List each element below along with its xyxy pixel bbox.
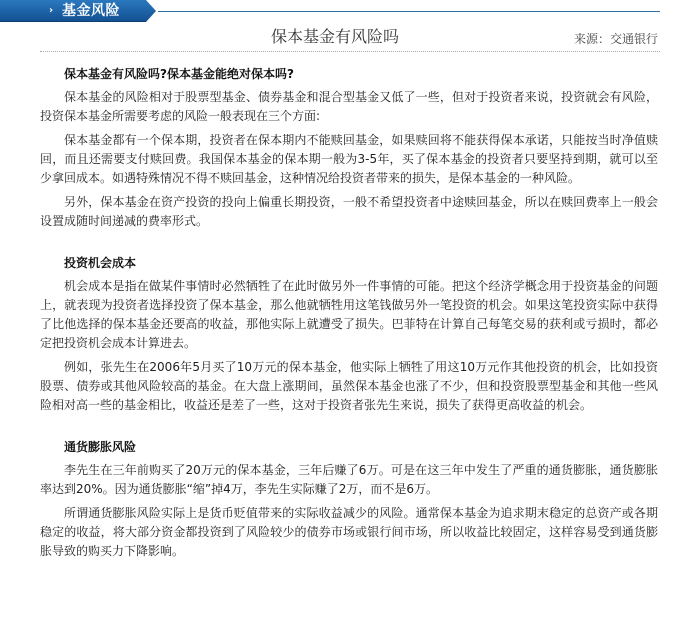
chevron-right-icon: › xyxy=(49,3,53,19)
section-label: 基金风险 xyxy=(62,2,120,20)
header-divider xyxy=(158,11,660,12)
section-principal-risk: 保本基金有风险吗?保本基金能绝对保本吗? 保本基金的风险相对于股票型基金、债券基… xyxy=(40,65,658,231)
paragraph: 例如，张先生在2006年5月买了10万元的保本基金，他实际上牺牲了用这10万元作… xyxy=(40,358,658,415)
article-source: 来源：交通银行 xyxy=(574,31,658,47)
paragraph: 保本基金的风险相对于股票型基金、债券基金和混合型基金又低了一些，但对于投资者来说… xyxy=(40,88,658,126)
section-inflation-risk: 通货膨胀风险 李先生在三年前购买了20万元的保本基金，三年后赚了6万。可是在这三… xyxy=(40,438,658,561)
title-divider xyxy=(40,51,660,52)
section-opportunity-cost: 投资机会成本 机会成本是指在做某件事情时必然牺牲了在此时做另外一件事情的可能。把… xyxy=(40,254,658,415)
paragraph: 所谓通货膨胀风险实际上是货币贬值带来的实际收益减少的风险。通常保本基金为追求期末… xyxy=(40,504,658,561)
section-heading: 保本基金有风险吗?保本基金能绝对保本吗? xyxy=(40,65,658,84)
section-heading: 通货膨胀风险 xyxy=(40,438,658,457)
section-heading: 投资机会成本 xyxy=(40,254,658,273)
paragraph: 机会成本是指在做某件事情时必然牺牲了在此时做另外一件事情的可能。把这个经济学概念… xyxy=(40,277,658,353)
section-banner: › 基金风险 xyxy=(0,0,158,22)
article-body: 保本基金有风险吗?保本基金能绝对保本吗? 保本基金的风险相对于股票型基金、债券基… xyxy=(40,65,658,566)
paragraph: 保本基金都有一个保本期，投资者在保本期内不能赎回基金，如果赎回将不能获得保本承诺… xyxy=(40,131,658,188)
paragraph: 另外，保本基金在资产投资的投向上偏重长期投资，一般不希望投资者中途赎回基金，所以… xyxy=(40,193,658,231)
paragraph: 李先生在三年前购买了20万元的保本基金，三年后赚了6万。可是在这三年中发生了严重… xyxy=(40,461,658,499)
article-title: 保本基金有风险吗 xyxy=(40,27,630,47)
